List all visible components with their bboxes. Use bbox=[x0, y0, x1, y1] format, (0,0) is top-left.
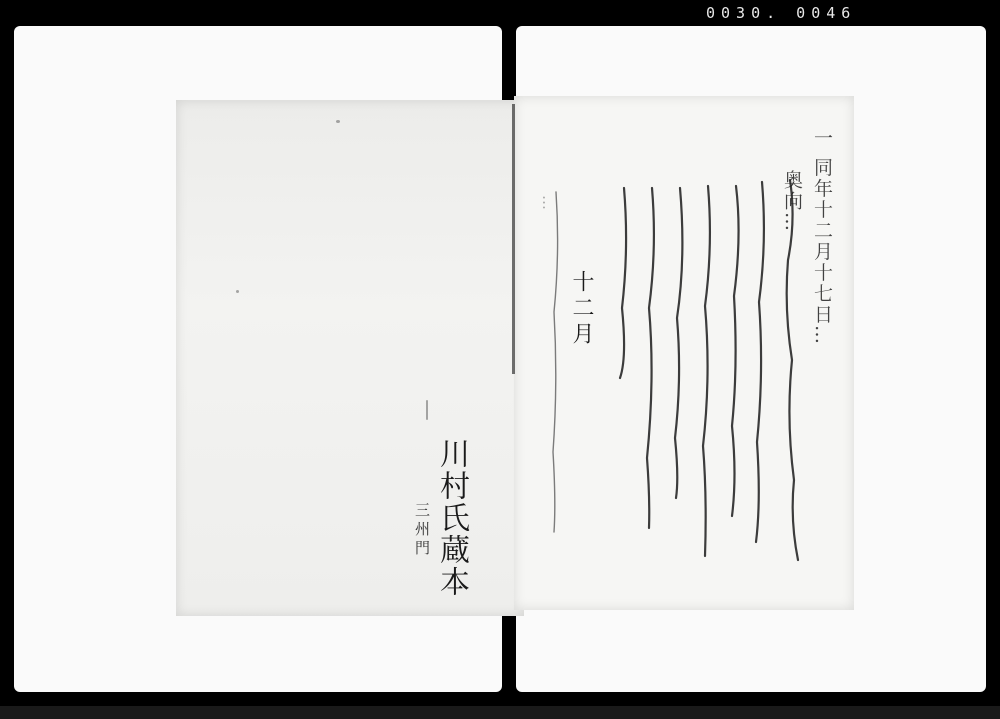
handwriting-strokes bbox=[0, 0, 1000, 719]
